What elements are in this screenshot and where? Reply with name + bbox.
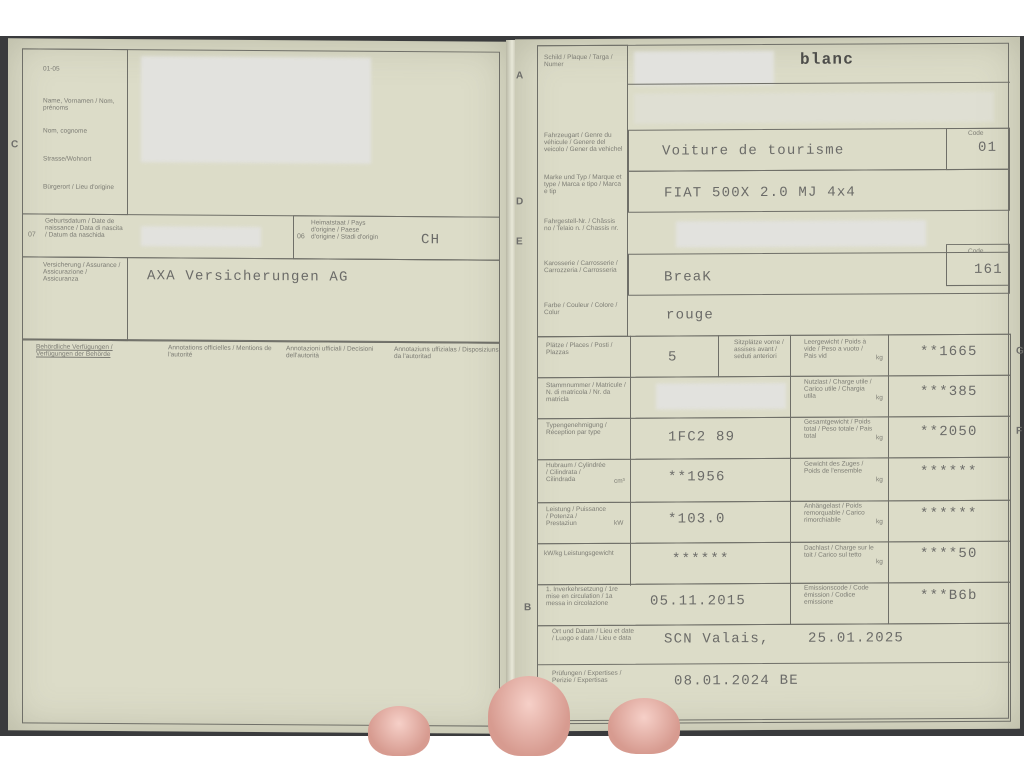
train-weight-unit: kg	[876, 476, 883, 483]
field-number-07: 07	[28, 231, 36, 238]
category-code: 01	[978, 140, 997, 156]
color-value: rouge	[666, 307, 714, 323]
seats-sub-label: Sitzplätze vorne / assises avant / sedut…	[734, 339, 788, 360]
total-weight-unit: kg	[876, 434, 883, 441]
displacement-unit: cm³	[614, 478, 625, 485]
body-code: 161	[974, 262, 1003, 278]
field-number-06: 06	[297, 233, 305, 240]
section-letter-a: A	[516, 70, 523, 81]
power-weight-label: kW/kg Leistungsgewicht	[544, 550, 628, 557]
category-label: Fahrzeugart / Genre du véhicule / Genere…	[544, 132, 624, 153]
holder-label-1: Name, Vornamen / Nom, prénoms	[43, 97, 123, 112]
right-page: A Schild / Plaque / Targa / Numer blanc …	[515, 37, 1020, 732]
plate-redacted	[634, 51, 774, 86]
payload-value: ***385	[920, 384, 978, 400]
type-approval-value: 1FC2 89	[668, 429, 735, 445]
insurance-value: AXA Versicherungen AG	[147, 268, 349, 285]
body-value: BreaK	[664, 269, 712, 285]
homologation-label: Stammnummer / Matricule / N. di matricol…	[546, 382, 626, 403]
section-letter-c: C	[11, 139, 18, 150]
power-weight-value: ******	[672, 551, 730, 567]
empty-field-redacted	[634, 92, 994, 124]
seats-label: Plätze / Places / Posti / Plazzas	[546, 342, 626, 356]
roof-load-label: Dachlast / Charge sur le toit / Carico s…	[804, 544, 874, 558]
chassis-label: Fahrgestell-Nr. / Châssis no / Telaio n.…	[544, 218, 624, 232]
train-weight-label: Gewicht des Zuges / Poids de l'ensemble	[804, 460, 874, 474]
holder-label-4: Bürgerort / Lieu d'origine	[43, 183, 123, 191]
authority-notes-area	[22, 338, 500, 726]
emission-label: Emissionscode / Code émission / Codice e…	[804, 584, 884, 605]
make-label: Marke und Typ / Marque et type / Marca e…	[544, 174, 624, 195]
section-letter-d: D	[516, 196, 523, 207]
code-label: Code	[968, 130, 984, 137]
color-label: Farbe / Couleur / Colore / Colur	[544, 302, 624, 316]
birthdate-label: Geburtsdatum / Date de naissance / Data …	[45, 218, 125, 240]
first-reg-value: 05.11.2015	[650, 593, 746, 610]
total-weight-label: Gesamtgewicht / Poids total / Peso total…	[804, 418, 874, 439]
power-unit: kW	[614, 520, 623, 527]
power-value: *103.0	[668, 511, 726, 527]
payload-label: Nutzlast / Charge utile / Carico utile /…	[804, 378, 874, 399]
holder-section: 01-05 Name, Vornamen / Nom, prénoms Nom,…	[22, 48, 500, 343]
expertise-value: 08.01.2024 BE	[674, 673, 799, 690]
finger-left	[368, 706, 430, 756]
holder-redacted	[141, 56, 371, 164]
place-date-label: Ort und Datum / Lieu et date / Luogo e d…	[552, 628, 636, 642]
displacement-value: **1956	[668, 469, 726, 485]
place-date-value: SCN Valais, 25.01.2025	[664, 630, 904, 647]
expertise-label: Prüfungen / Expertises / Perizie / Exper…	[552, 670, 636, 684]
code-label-2: Code	[968, 248, 984, 255]
empty-weight-label: Leergewicht / Poids à vide / Peso a vuot…	[804, 338, 874, 359]
emission-value: ***B6b	[920, 588, 978, 604]
make-row	[628, 169, 1010, 213]
section-letter-f: F	[1016, 426, 1022, 437]
first-reg-label: 1. Inverkehrsetzung / 1re mise en circul…	[546, 586, 630, 607]
trailer-load-unit: kg	[876, 518, 883, 525]
empty-weight-unit: kg	[876, 354, 883, 361]
type-approval-label: Typengenehmigung / Réception par type	[546, 422, 626, 436]
seats-value: 5	[668, 349, 678, 365]
section-letter-g: G	[1016, 346, 1024, 357]
payload-unit: kg	[876, 394, 883, 401]
roof-load-value: ****50	[920, 546, 978, 562]
vehicle-section: A Schild / Plaque / Targa / Numer blanc …	[537, 43, 1009, 721]
homologation-redacted	[656, 383, 786, 410]
holder-label-2: Nom, cognome	[43, 127, 123, 135]
total-weight-value: **2050	[920, 424, 978, 440]
train-weight-value: ******	[920, 464, 978, 480]
section-letter-e: E	[516, 236, 523, 247]
trailer-load-value: ******	[920, 506, 978, 522]
displacement-label: Hubraum / Cylindrée / Cilindrata / Cilin…	[546, 462, 606, 483]
holder-label-3: Strasse/Wohnort	[43, 155, 123, 163]
plate-label: Schild / Plaque / Targa / Numer	[544, 54, 614, 68]
trailer-load-label: Anhängelast / Poids remorquable / Carico…	[804, 502, 874, 523]
finger-middle	[488, 676, 570, 756]
col-divider-seats	[718, 335, 719, 377]
power-label: Leistung / Puissance / Potenza / Prestaz…	[546, 506, 606, 527]
section-letter-b: B	[524, 602, 531, 613]
left-page: 01-05 Name, Vornamen / Nom, prénoms Nom,…	[8, 38, 508, 733]
plate-color: blanc	[800, 51, 854, 69]
chassis-redacted	[676, 220, 926, 247]
origin-value: CH	[421, 232, 440, 248]
form-code: 01-05	[43, 65, 60, 72]
empty-weight-value: **1665	[920, 344, 978, 360]
birthdate-redacted	[141, 226, 261, 247]
insurance-label: Versicherung / Assurance / Assicurazione…	[43, 261, 123, 283]
roof-load-unit: kg	[876, 558, 883, 565]
category-value: Voiture de tourisme	[662, 143, 844, 160]
finger-right	[608, 698, 680, 754]
body-label: Karosserie / Carrosserie / Carrozzeria /…	[544, 260, 624, 274]
origin-label: Heimatstaat / Pays d'origine / Paese d'o…	[311, 219, 381, 240]
